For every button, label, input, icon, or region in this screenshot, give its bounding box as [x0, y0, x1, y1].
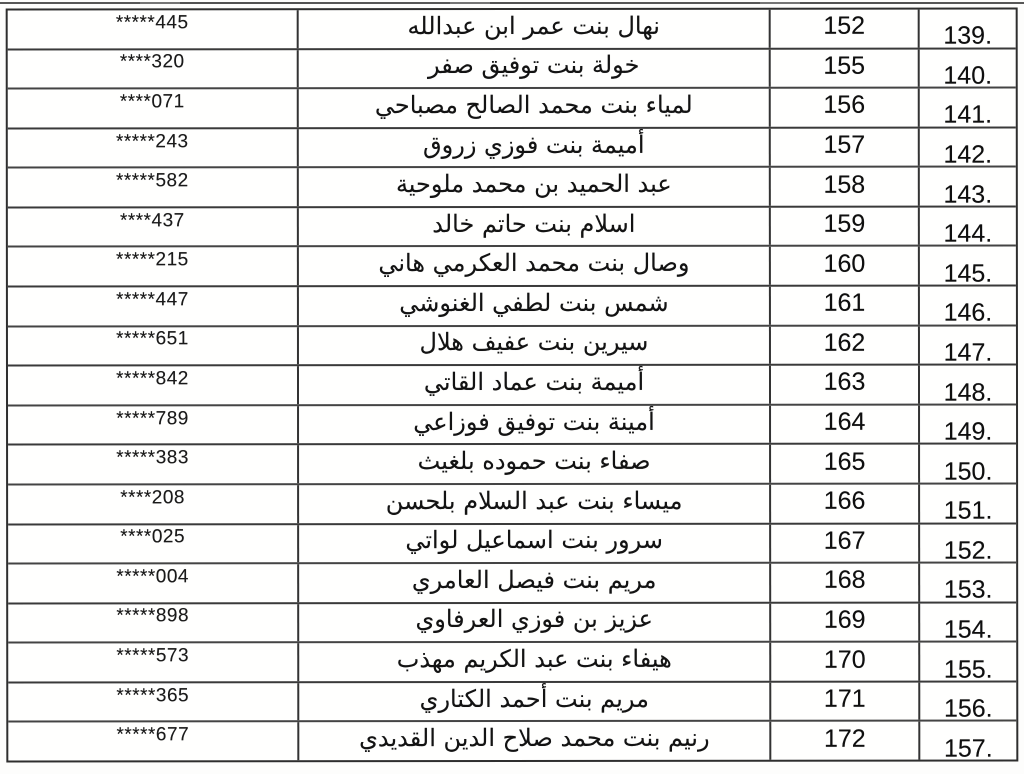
- row-index-cell: 143.: [920, 168, 1016, 206]
- table-row: *****004 مريم بنت فيصل العامري 168 153.: [8, 564, 1016, 604]
- serial-number-cell: 169: [771, 603, 920, 641]
- serial-number-cell: 165: [771, 445, 920, 483]
- student-name-cell: سرور بنت اسماعيل لواتي: [299, 524, 771, 562]
- masked-id-cell: *****243: [8, 129, 299, 167]
- serial-number-cell: 170: [771, 643, 920, 681]
- table-row: *****445 نهال بنت عمر ابن عبدالله 152 13…: [8, 10, 1016, 50]
- masked-id-cell: *****789: [8, 406, 299, 444]
- serial-number-cell: 157: [771, 128, 920, 166]
- table-row: ****320 خولة بنت توفيق صفر 155 140.: [8, 49, 1016, 89]
- row-index-cell: 154.: [920, 603, 1016, 641]
- table-row: *****582 عبد الحميد بن محمد ملوحية 158 1…: [8, 168, 1016, 208]
- row-index-cell: 150.: [920, 445, 1016, 483]
- masked-id-cell: *****842: [8, 366, 299, 404]
- masked-id-cell: ****437: [8, 208, 299, 246]
- masked-id-cell: ****071: [8, 89, 299, 127]
- student-name-cell: صفاء بنت حموده بلغيث: [299, 445, 771, 483]
- page-edge-cutoff-line: [0, 2, 1024, 4]
- serial-number-cell: 164: [771, 405, 920, 443]
- scanned-document-page: { "table": { "rows": [ {"masked": "*****…: [0, 0, 1024, 774]
- row-index-cell: 156.: [920, 682, 1016, 720]
- row-index-cell: 140.: [920, 49, 1016, 87]
- masked-id-cell: *****898: [8, 604, 299, 642]
- row-index-cell: 152.: [920, 524, 1016, 562]
- student-name-cell: رنيم بنت محمد صلاح الدين القديدي: [299, 722, 771, 760]
- table-row: *****651 سيرين بنت عفيف هلال 162 147.: [8, 326, 1016, 366]
- serial-number-cell: 158: [771, 168, 920, 206]
- row-index-cell: 151.: [920, 484, 1016, 522]
- masked-id-cell: *****215: [8, 248, 299, 286]
- table-row: ****208 ميساء بنت عبد السلام بلحسن 166 1…: [8, 484, 1016, 524]
- serial-number-cell: 168: [771, 564, 920, 602]
- serial-number-cell: 171: [771, 682, 920, 720]
- serial-number-cell: 167: [771, 524, 920, 562]
- row-index-cell: 146.: [920, 287, 1016, 325]
- masked-id-cell: *****383: [8, 446, 299, 484]
- student-name-cell: سيرين بنت عفيف هلال: [299, 326, 771, 364]
- masked-id-cell: *****445: [8, 10, 299, 48]
- row-index-cell: 148.: [920, 366, 1016, 404]
- student-name-cell: خولة بنت توفيق صفر: [299, 49, 771, 87]
- masked-id-cell: ****320: [8, 50, 299, 88]
- serial-number-cell: 172: [771, 722, 920, 760]
- masked-id-cell: *****651: [8, 327, 299, 365]
- row-index-cell: 147.: [920, 326, 1016, 364]
- serial-number-cell: 152: [771, 10, 920, 48]
- table-row: ****071 لمياء بنت محمد الصالح مصباحي 156…: [8, 89, 1016, 129]
- student-name-cell: وصال بنت محمد العكرمي هاني: [299, 247, 771, 285]
- row-index-cell: 149.: [920, 405, 1016, 443]
- serial-number-cell: 163: [771, 366, 920, 404]
- student-name-cell: مريم بنت أحمد الكتاري: [299, 683, 771, 721]
- masked-id-cell: *****582: [8, 168, 299, 206]
- serial-number-cell: 155: [771, 49, 920, 87]
- serial-number-cell: 161: [771, 287, 920, 325]
- masked-id-cell: ****208: [8, 485, 299, 523]
- table-row: *****447 شمس بنت لطفي الغنوشي 161 146.: [8, 287, 1016, 327]
- student-name-cell: مريم بنت فيصل العامري: [299, 564, 771, 602]
- row-index-cell: 145.: [920, 247, 1016, 285]
- student-name-cell: أميمة بنت فوزي زروق: [299, 129, 771, 167]
- table-row: *****383 صفاء بنت حموده بلغيث 165 150.: [8, 445, 1016, 485]
- masked-id-cell: ****025: [8, 525, 299, 563]
- table-row: *****243 أميمة بنت فوزي زروق 157 142.: [8, 128, 1016, 168]
- row-index-cell: 142.: [920, 128, 1016, 166]
- serial-number-cell: 159: [771, 208, 920, 246]
- row-index-cell: 141.: [920, 89, 1016, 127]
- table-row: ****025 سرور بنت اسماعيل لواتي 167 152.: [8, 524, 1016, 564]
- masked-id-cell: *****573: [8, 643, 299, 681]
- student-name-cell: لمياء بنت محمد الصالح مصباحي: [299, 89, 771, 127]
- serial-number-cell: 156: [771, 89, 920, 127]
- student-name-cell: عزيز بن فوزي العرفاوي: [299, 603, 771, 641]
- masked-id-cell: *****365: [8, 683, 299, 721]
- table-row: *****215 وصال بنت محمد العكرمي هاني 160 …: [8, 247, 1016, 287]
- serial-number-cell: 162: [771, 326, 920, 364]
- table-row: *****677 رنيم بنت محمد صلاح الدين القديد…: [8, 722, 1016, 760]
- serial-number-cell: 166: [771, 485, 920, 523]
- masked-id-cell: *****004: [8, 564, 299, 602]
- table-row: *****842 أميمة بنت عماد القاتي 163 148.: [8, 366, 1016, 406]
- serial-number-cell: 160: [771, 247, 920, 285]
- table-row: *****898 عزيز بن فوزي العرفاوي 169 154.: [8, 603, 1016, 643]
- table-row: *****365 مريم بنت أحمد الكتاري 171 156.: [8, 682, 1016, 722]
- masked-id-cell: *****677: [8, 723, 299, 761]
- student-name-cell: أمينة بنت توفيق فوزاعي: [299, 406, 771, 444]
- table-row: *****573 هيفاء بنت عبد الكريم مهذب 170 1…: [8, 643, 1016, 683]
- row-index-cell: 153.: [920, 564, 1016, 602]
- student-name-cell: شمس بنت لطفي الغنوشي: [299, 287, 771, 325]
- table-row: ****437 اسلام بنت حاتم خالد 159 144.: [8, 207, 1016, 247]
- row-index-cell: 139.: [920, 10, 1016, 48]
- row-index-cell: 155.: [920, 643, 1016, 681]
- student-name-cell: عبد الحميد بن محمد ملوحية: [299, 168, 771, 206]
- student-roster-table: *****445 نهال بنت عمر ابن عبدالله 152 13…: [6, 8, 1019, 763]
- student-name-cell: أميمة بنت عماد القاتي: [299, 366, 771, 404]
- student-name-cell: نهال بنت عمر ابن عبدالله: [299, 10, 771, 48]
- student-name-cell: هيفاء بنت عبد الكريم مهذب: [299, 643, 771, 681]
- row-index-cell: 144.: [920, 207, 1016, 245]
- table-row: *****789 أمينة بنت توفيق فوزاعي 164 149.: [8, 405, 1016, 445]
- row-index-cell: 157.: [920, 722, 1016, 760]
- student-name-cell: ميساء بنت عبد السلام بلحسن: [299, 485, 771, 523]
- masked-id-cell: *****447: [8, 287, 299, 325]
- student-name-cell: اسلام بنت حاتم خالد: [299, 208, 771, 246]
